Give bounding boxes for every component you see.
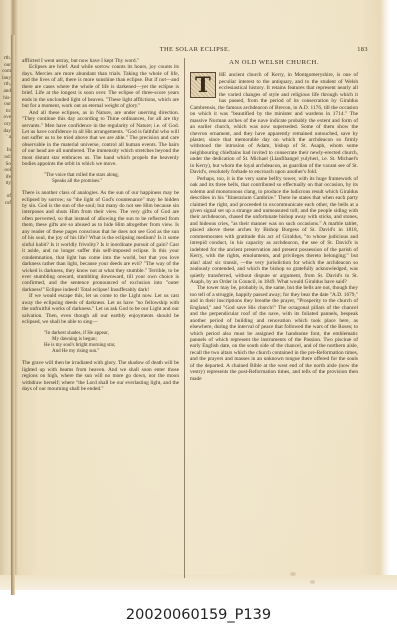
right-column: AN OLD WELSH CHURCH. T HE ancient church… bbox=[190, 58, 358, 382]
facing-page-fragment: day bbox=[0, 128, 11, 135]
image-caption: 20020060159_P139 bbox=[0, 607, 397, 623]
paragraph: Perhaps, too, it is the very same belfry… bbox=[190, 176, 358, 286]
paper-stain bbox=[310, 580, 315, 584]
facing-page-fragment: ife bbox=[0, 174, 11, 181]
paper-stain bbox=[290, 572, 296, 576]
running-head-title: THE SOLAR ECLIPSE. bbox=[22, 46, 368, 53]
facing-page-fragment: ity bbox=[0, 180, 11, 187]
page-bottom-edge bbox=[0, 575, 397, 590]
facing-page-fragment: our bbox=[0, 101, 11, 108]
paragraph: If we would escape this, let us come to … bbox=[22, 293, 179, 325]
facing-page-fragment: So bbox=[0, 161, 11, 168]
facing-page-fragments: rth.ourcomlanyrth,andhis-ourticoveoryday… bbox=[0, 55, 11, 535]
verse-quote: "The voice that rolled the stars along, … bbox=[22, 173, 179, 185]
left-column: afflicted I went astray, but now have I … bbox=[22, 58, 179, 393]
facing-page-fragment: ove bbox=[0, 114, 11, 121]
paragraph: The tower may be, probably is, the same,… bbox=[190, 285, 358, 382]
facing-page-fragment: ory bbox=[0, 121, 11, 128]
facing-page-fragment: nd: bbox=[0, 154, 11, 161]
ornamental-drop-cap: T bbox=[190, 72, 216, 98]
facing-page-fragment: ool bbox=[0, 167, 11, 174]
column-rule bbox=[184, 58, 185, 578]
facing-page-fragment: our bbox=[0, 62, 11, 69]
facing-page-fragment: In bbox=[0, 147, 11, 154]
verse-quote: "In darkest shades, if He appear, My daw… bbox=[22, 331, 179, 356]
verse-line: And He my rising sun." bbox=[44, 349, 179, 355]
facing-page-fragment: ' a bbox=[0, 134, 11, 141]
book-gutter bbox=[11, 35, 15, 595]
facing-page-fragment: com bbox=[0, 68, 11, 75]
page-number: 183 bbox=[357, 46, 368, 53]
facing-page-fragment: tic bbox=[0, 108, 11, 115]
facing-page-fragment: rth, bbox=[0, 81, 11, 88]
paragraph: There is another class of analogies. As … bbox=[22, 190, 179, 293]
facing-page-fragment: rth. bbox=[0, 55, 11, 62]
article-title: AN OLD WELSH CHURCH. bbox=[190, 60, 358, 66]
running-head: THE SOLAR ECLIPSE. 183 bbox=[22, 46, 368, 56]
drop-cap-letter: T bbox=[191, 74, 215, 96]
facing-page-fragment bbox=[0, 141, 11, 148]
paragraph: And all these eclipses, as in Nature, ar… bbox=[22, 110, 179, 168]
facing-page-fragment: his- bbox=[0, 95, 11, 102]
facing-page-fragment: rof bbox=[0, 200, 11, 207]
verse-line: Speaks all the promises." bbox=[44, 179, 179, 185]
facing-page-fragment: lany bbox=[0, 75, 11, 82]
paragraph: The grave will then be irradiated with g… bbox=[22, 360, 179, 392]
paragraph: Eclipses are brief. And while sorrow cou… bbox=[22, 64, 179, 109]
facing-page-fragment: and bbox=[0, 88, 11, 95]
